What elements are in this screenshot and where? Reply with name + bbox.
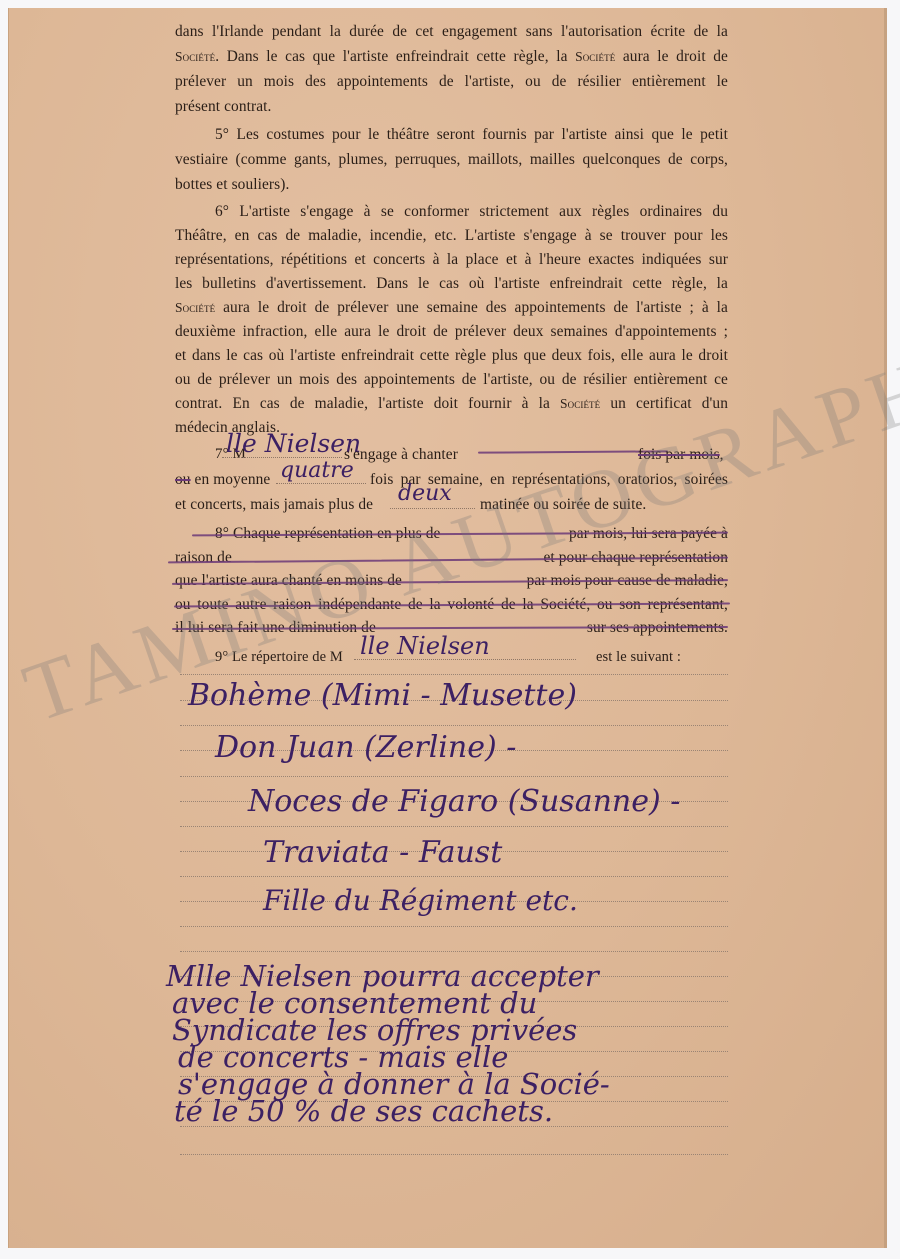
clause5-line-3: bottes et souliers). (175, 172, 728, 197)
ruled-line (180, 1154, 728, 1155)
clause4-line-4: présent contrat. (175, 94, 728, 119)
fill-line (390, 508, 475, 509)
clause6-line-2: Théâtre, en cas de maladie, incendie, et… (175, 223, 728, 248)
clause5-line-1: 5° Les costumes pour le théâtre seront f… (175, 122, 728, 147)
societe-label: Société (175, 300, 215, 315)
clause7-text4: et concerts, mais jamais plus de (175, 492, 375, 517)
ruled-line (180, 926, 728, 927)
clause7-text5: matinée ou soirée de suite. (480, 492, 730, 517)
max-consecutive-field: deux (398, 481, 452, 506)
clause6-line-1: 6° L'artiste s'engage à se conformer str… (175, 199, 728, 224)
clause6-line-7: et dans le cas où l'artiste enfreindrait… (175, 343, 728, 368)
repertoire-item: Bohème (Mimi - Musette) (188, 678, 577, 713)
repertoire-artist-name: lle Nielsen (360, 632, 490, 660)
fill-line (354, 659, 576, 660)
clause4-text: aura le droit de (615, 48, 728, 65)
ruled-line (180, 776, 728, 777)
struck-text: ou (175, 471, 191, 488)
page-edge (884, 8, 887, 1248)
clause9-suffix: est le suivant : (596, 645, 736, 670)
repertoire-item: Don Juan (Zerline) - (215, 730, 516, 765)
clause9-prefix: 9° Le répertoire de M (215, 645, 365, 670)
clause8-line-2-left: raison de (175, 545, 295, 570)
ruled-line (180, 674, 728, 675)
clause4-line-2: Société. Dans le cas que l'artiste enfre… (175, 44, 728, 69)
repertoire-item: Fille du Régiment etc. (263, 884, 578, 917)
clause6-line-3: représentations, répétitions et concerts… (175, 247, 728, 272)
contract-page: dans l'Irlande pendant la durée de cet e… (8, 8, 887, 1248)
societe-label: Société (575, 49, 615, 64)
ruled-line (180, 951, 728, 952)
societe-label: Société (560, 396, 600, 411)
clause6-text: aura le droit de prélever une semaine de… (215, 299, 728, 316)
clause7-text2: en moyenne (195, 471, 271, 488)
clause4-text: . Dans le cas que l'artiste enfreindrait… (215, 48, 575, 65)
clause6-line-9: contrat. En cas de maladie, l'artiste do… (175, 391, 728, 416)
ruled-line (180, 826, 728, 827)
clause4-line-3: prélever un mois des appointements de l'… (175, 69, 728, 94)
comma: , (720, 446, 724, 463)
clause7-text1: s'engage à chanter (344, 442, 524, 467)
note-line: té le 50 % de ses cachets. (174, 1094, 553, 1128)
artist-name-field: lle Nielsen (226, 429, 361, 458)
clause7-struck1: fois par mois, (638, 442, 728, 467)
clause6-line-6: deuxième infraction, elle aura le droit … (175, 319, 728, 344)
fill-line (276, 483, 366, 484)
repertoire-item: Traviata - Faust (263, 835, 502, 870)
clause5-line-2: vestiaire (comme gants, plumes, perruque… (175, 147, 728, 172)
struck-text: fois par mois (638, 446, 720, 463)
clause6-line-4: les bulletins d'avertissement. Dans le c… (175, 271, 728, 296)
clause6-text: contrat. En cas de maladie, l'artiste do… (175, 395, 560, 412)
clause6-line-8: ou de prélever un mois des appointements… (175, 367, 728, 392)
ruled-line (180, 725, 728, 726)
clause6-line-5: Société aura le droit de prélever une se… (175, 295, 728, 320)
clause6-text: un certificat d'un (600, 395, 728, 412)
ruled-line (180, 876, 728, 877)
repertoire-item: Noces de Figaro (Susanne) - (248, 784, 680, 819)
societe-label: Société (175, 49, 215, 64)
frequency-field: quatre (280, 458, 354, 483)
clause4-line-1: dans l'Irlande pendant la durée de cet e… (175, 19, 728, 44)
